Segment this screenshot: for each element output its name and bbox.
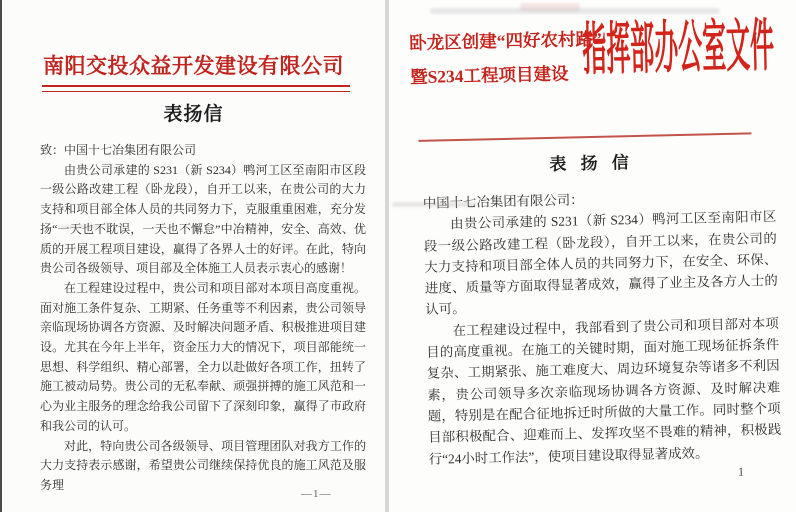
left-company-heading: 南阳交投众益开发建设有限公司 bbox=[2, 50, 385, 80]
right-header-line1: 卧龙区创建“四好农村路” bbox=[409, 22, 602, 60]
left-paragraph: 在工程建设过程中，贵公司和项目部对本项目高度重视。面对施工条件复杂、工期紧、任务… bbox=[40, 279, 366, 437]
left-letter-title: 表扬信 bbox=[2, 99, 385, 126]
left-paragraph: 对此，特向贵公司各级领导、项目管理团队对我方工作的大力支持表示感谢，希望贵公司继… bbox=[40, 437, 366, 496]
right-page: 卧龙区创建“四好农村路” 暨S234工程项目建设 指挥部办公室文件 表 扬 信 … bbox=[389, 0, 796, 512]
right-paragraph: 在工程建设过程中，我部看到了贵公司和项目部对本项目的高度重视。在施工的关键时期，… bbox=[426, 313, 782, 470]
left-page: 南阳交投众益开发建设有限公司 表扬信 致：中国十七冶集团有限公司 由贵公司承建的… bbox=[2, 0, 385, 512]
right-header-subtitle: 卧龙区创建“四好农村路” 暨S234工程项目建设 bbox=[409, 22, 603, 94]
right-page-number: 1 bbox=[738, 465, 744, 480]
right-letter-title: 表 扬 信 bbox=[388, 144, 795, 178]
left-salutation: 致：中国十七冶集团有限公司 bbox=[40, 141, 366, 161]
right-letter-body: 中国十七冶集团有限公司： 由贵公司承建的 S231（新 S234）鸭河工区至南阳… bbox=[423, 185, 782, 470]
right-red-rule bbox=[418, 132, 751, 142]
right-header-line2: 暨S234工程项目建设 bbox=[410, 56, 603, 94]
left-letter-body: 致：中国十七冶集团有限公司 由贵公司承建的 S231（新 S234）鸭河工区至南… bbox=[40, 141, 366, 496]
left-page-number: —1— bbox=[301, 488, 332, 500]
left-paragraph: 由贵公司承建的 S231（新 S234）鸭河工区至南阳市区段一级公路改建工程（卧… bbox=[40, 161, 366, 279]
right-header-main-title: 指挥部办公室文件 bbox=[582, 14, 775, 84]
right-paragraph: 由贵公司承建的 S231（新 S234）鸭河工区至南阳市区段一级公路改建工程（卧… bbox=[423, 206, 778, 320]
left-double-rule bbox=[42, 85, 350, 92]
right-page-content: 卧龙区创建“四好农村路” 暨S234工程项目建设 指挥部办公室文件 表 扬 信 … bbox=[384, 0, 796, 512]
document-scan-canvas: 南阳交投众益开发建设有限公司 表扬信 致：中国十七冶集团有限公司 由贵公司承建的… bbox=[0, 0, 796, 512]
